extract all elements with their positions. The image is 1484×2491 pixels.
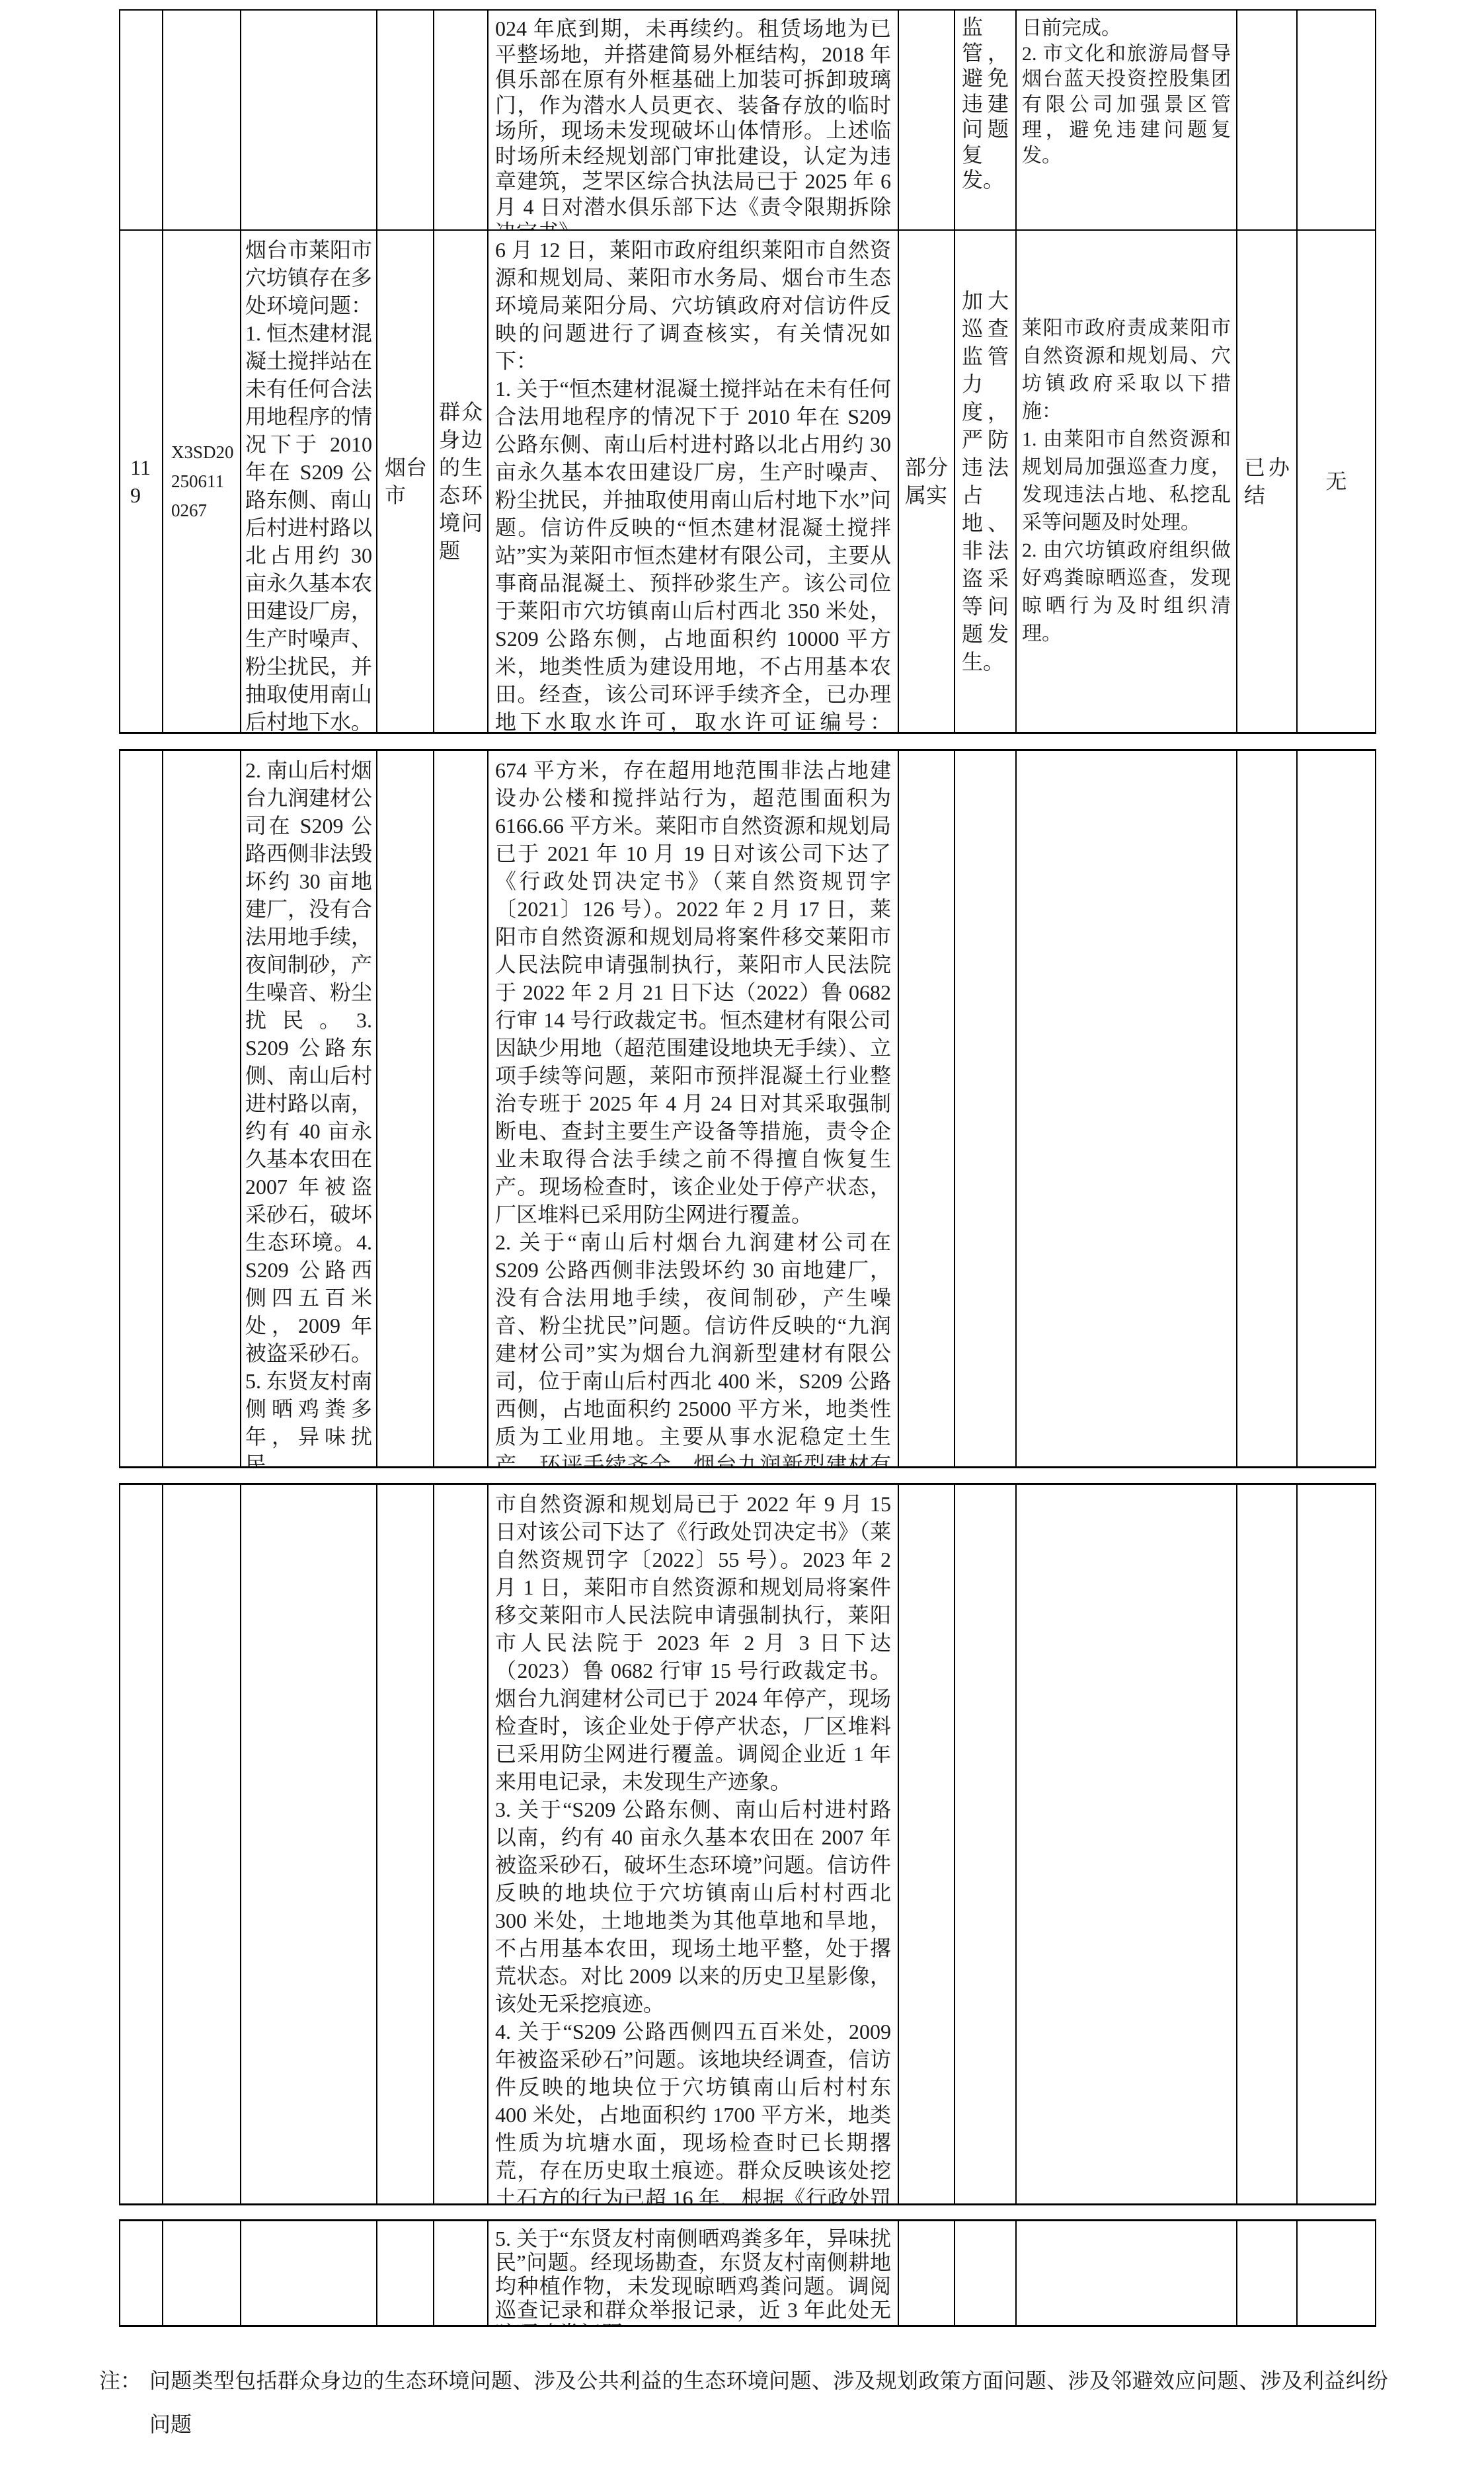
cell-supervision: 监管，避免违建问题复发。 bbox=[955, 11, 1017, 229]
cell-case-id bbox=[163, 1485, 241, 2203]
cell-region bbox=[377, 751, 434, 1466]
table-block-2: 2. 南山后村烟台九润建材公司在 S209 公路西侧非法毁坏约 30 亩地建厂，… bbox=[119, 749, 1376, 1468]
table-row-continuation: 024 年底到期，未再续约。租赁场地为已平整场地，并搭建简易外框结构，2018 … bbox=[120, 11, 1375, 229]
cell-verification bbox=[899, 1485, 955, 2203]
cell-accountability: 无 bbox=[1298, 231, 1375, 732]
cell-case-id bbox=[163, 11, 241, 229]
cell-region bbox=[377, 2221, 434, 2325]
cell-serial-number bbox=[120, 1485, 163, 2203]
cell-region bbox=[377, 11, 434, 229]
cell-measures bbox=[1017, 1485, 1237, 2203]
cell-case-id bbox=[163, 2221, 241, 2325]
cell-problem-summary bbox=[241, 1485, 377, 2203]
table-row-119-continued: 2. 南山后村烟台九润建材公司在 S209 公路西侧非法毁坏约 30 亩地建厂，… bbox=[120, 751, 1375, 1466]
cell-verification: 部分属实 bbox=[899, 231, 955, 732]
footnote: 注： 问题类型包括群众身边的生态环境问题、涉及公共利益的生态环境问题、涉及规划政… bbox=[99, 2359, 1388, 2446]
cell-investigation: 市自然资源和规划局已于 2022 年 9 月 15 日对该公司下达了《行政处罚决… bbox=[488, 1485, 899, 2203]
document-page: 024 年底到期，未再续约。租赁场地为已平整场地，并搭建简易外框结构，2018 … bbox=[0, 0, 1484, 2491]
cell-accountability bbox=[1298, 2221, 1375, 2325]
footnote-label: 注： bbox=[99, 2359, 149, 2402]
cell-problem-type bbox=[434, 1485, 488, 2203]
cell-serial-number bbox=[120, 751, 163, 1466]
cell-problem-type bbox=[434, 2221, 488, 2325]
cell-problem-type: 群众身边的生态环境问题 bbox=[434, 231, 488, 732]
cell-accountability bbox=[1298, 1485, 1375, 2203]
cell-problem-type bbox=[434, 751, 488, 1466]
cell-status bbox=[1237, 1485, 1298, 2203]
table-block-1: 024 年底到期，未再续约。租赁场地为已平整场地，并搭建简易外框结构，2018 … bbox=[119, 9, 1376, 734]
cell-problem-type bbox=[434, 11, 488, 229]
cell-region bbox=[377, 1485, 434, 2203]
cell-case-id bbox=[163, 751, 241, 1466]
cell-problem-summary: 2. 南山后村烟台九润建材公司在 S209 公路西侧非法毁坏约 30 亩地建厂，… bbox=[241, 751, 377, 1466]
table-block-3: 市自然资源和规划局已于 2022 年 9 月 15 日对该公司下达了《行政处罚决… bbox=[119, 1483, 1376, 2205]
cell-region: 烟台市 bbox=[377, 231, 434, 732]
cell-supervision: 加大巡查监管力度，严防违法占地、非法盗采等问题发生。 bbox=[955, 231, 1017, 732]
cell-supervision bbox=[955, 1485, 1017, 2203]
cell-accountability bbox=[1298, 751, 1375, 1466]
cell-investigation: 024 年底到期，未再续约。租赁场地为已平整场地，并搭建简易外框结构，2018 … bbox=[488, 11, 899, 229]
cell-problem-summary: 烟台市莱阳市穴坊镇存在多处环境问题： 1. 恒杰建材混凝土搅拌站在未有任何合法用… bbox=[241, 231, 377, 732]
cell-accountability bbox=[1298, 11, 1375, 229]
cell-verification bbox=[899, 2221, 955, 2325]
cell-problem-summary bbox=[241, 2221, 377, 2325]
cell-serial-number: 119 bbox=[120, 231, 163, 732]
cell-measures: 莱阳市政府责成莱阳市自然资源和规划局、穴坊镇政府采取以下措施： 1. 由莱阳市自… bbox=[1017, 231, 1237, 732]
cell-serial-number bbox=[120, 2221, 163, 2325]
table-block-4: 5. 关于“东贤友村南侧晒鸡粪多年，异味扰民”问题。经现场勘查，东贤友村南侧耕地… bbox=[119, 2219, 1376, 2327]
cell-investigation: 6 月 12 日，莱阳市政府组织莱阳市自然资源和规划局、莱阳市水务局、烟台市生态… bbox=[488, 231, 899, 732]
cell-status bbox=[1237, 2221, 1298, 2325]
cell-serial-number bbox=[120, 11, 163, 229]
cell-status bbox=[1237, 11, 1298, 229]
cell-status bbox=[1237, 751, 1298, 1466]
cell-problem-summary bbox=[241, 11, 377, 229]
cell-measures bbox=[1017, 2221, 1237, 2325]
cell-supervision bbox=[955, 751, 1017, 1466]
table-row-119-continued: 5. 关于“东贤友村南侧晒鸡粪多年，异味扰民”问题。经现场勘查，东贤友村南侧耕地… bbox=[120, 2221, 1375, 2325]
cell-case-id: X3SD20 250611 0267 bbox=[163, 231, 241, 732]
cell-measures: 日前完成。 2. 市文化和旅游局督导烟台蓝天投资控股集团有限公司加强景区管理，避… bbox=[1017, 11, 1237, 229]
cell-measures bbox=[1017, 751, 1237, 1466]
cell-investigation: 674 平方米，存在超用地范围非法占地建设办公楼和搅拌站行为，超范围面积为 61… bbox=[488, 751, 899, 1466]
cell-status: 已办结 bbox=[1237, 231, 1298, 732]
cell-verification bbox=[899, 751, 955, 1466]
cell-verification bbox=[899, 11, 955, 229]
table-row-119: 119 X3SD20 250611 0267 烟台市莱阳市穴坊镇存在多处环境问题… bbox=[120, 229, 1375, 732]
cell-investigation: 5. 关于“东贤友村南侧晒鸡粪多年，异味扰民”问题。经现场勘查，东贤友村南侧耕地… bbox=[488, 2221, 899, 2325]
footnote-text: 问题类型包括群众身边的生态环境问题、涉及公共利益的生态环境问题、涉及规划政策方面… bbox=[149, 2359, 1388, 2446]
cell-supervision bbox=[955, 2221, 1017, 2325]
table-row-119-continued: 市自然资源和规划局已于 2022 年 9 月 15 日对该公司下达了《行政处罚决… bbox=[120, 1485, 1375, 2203]
